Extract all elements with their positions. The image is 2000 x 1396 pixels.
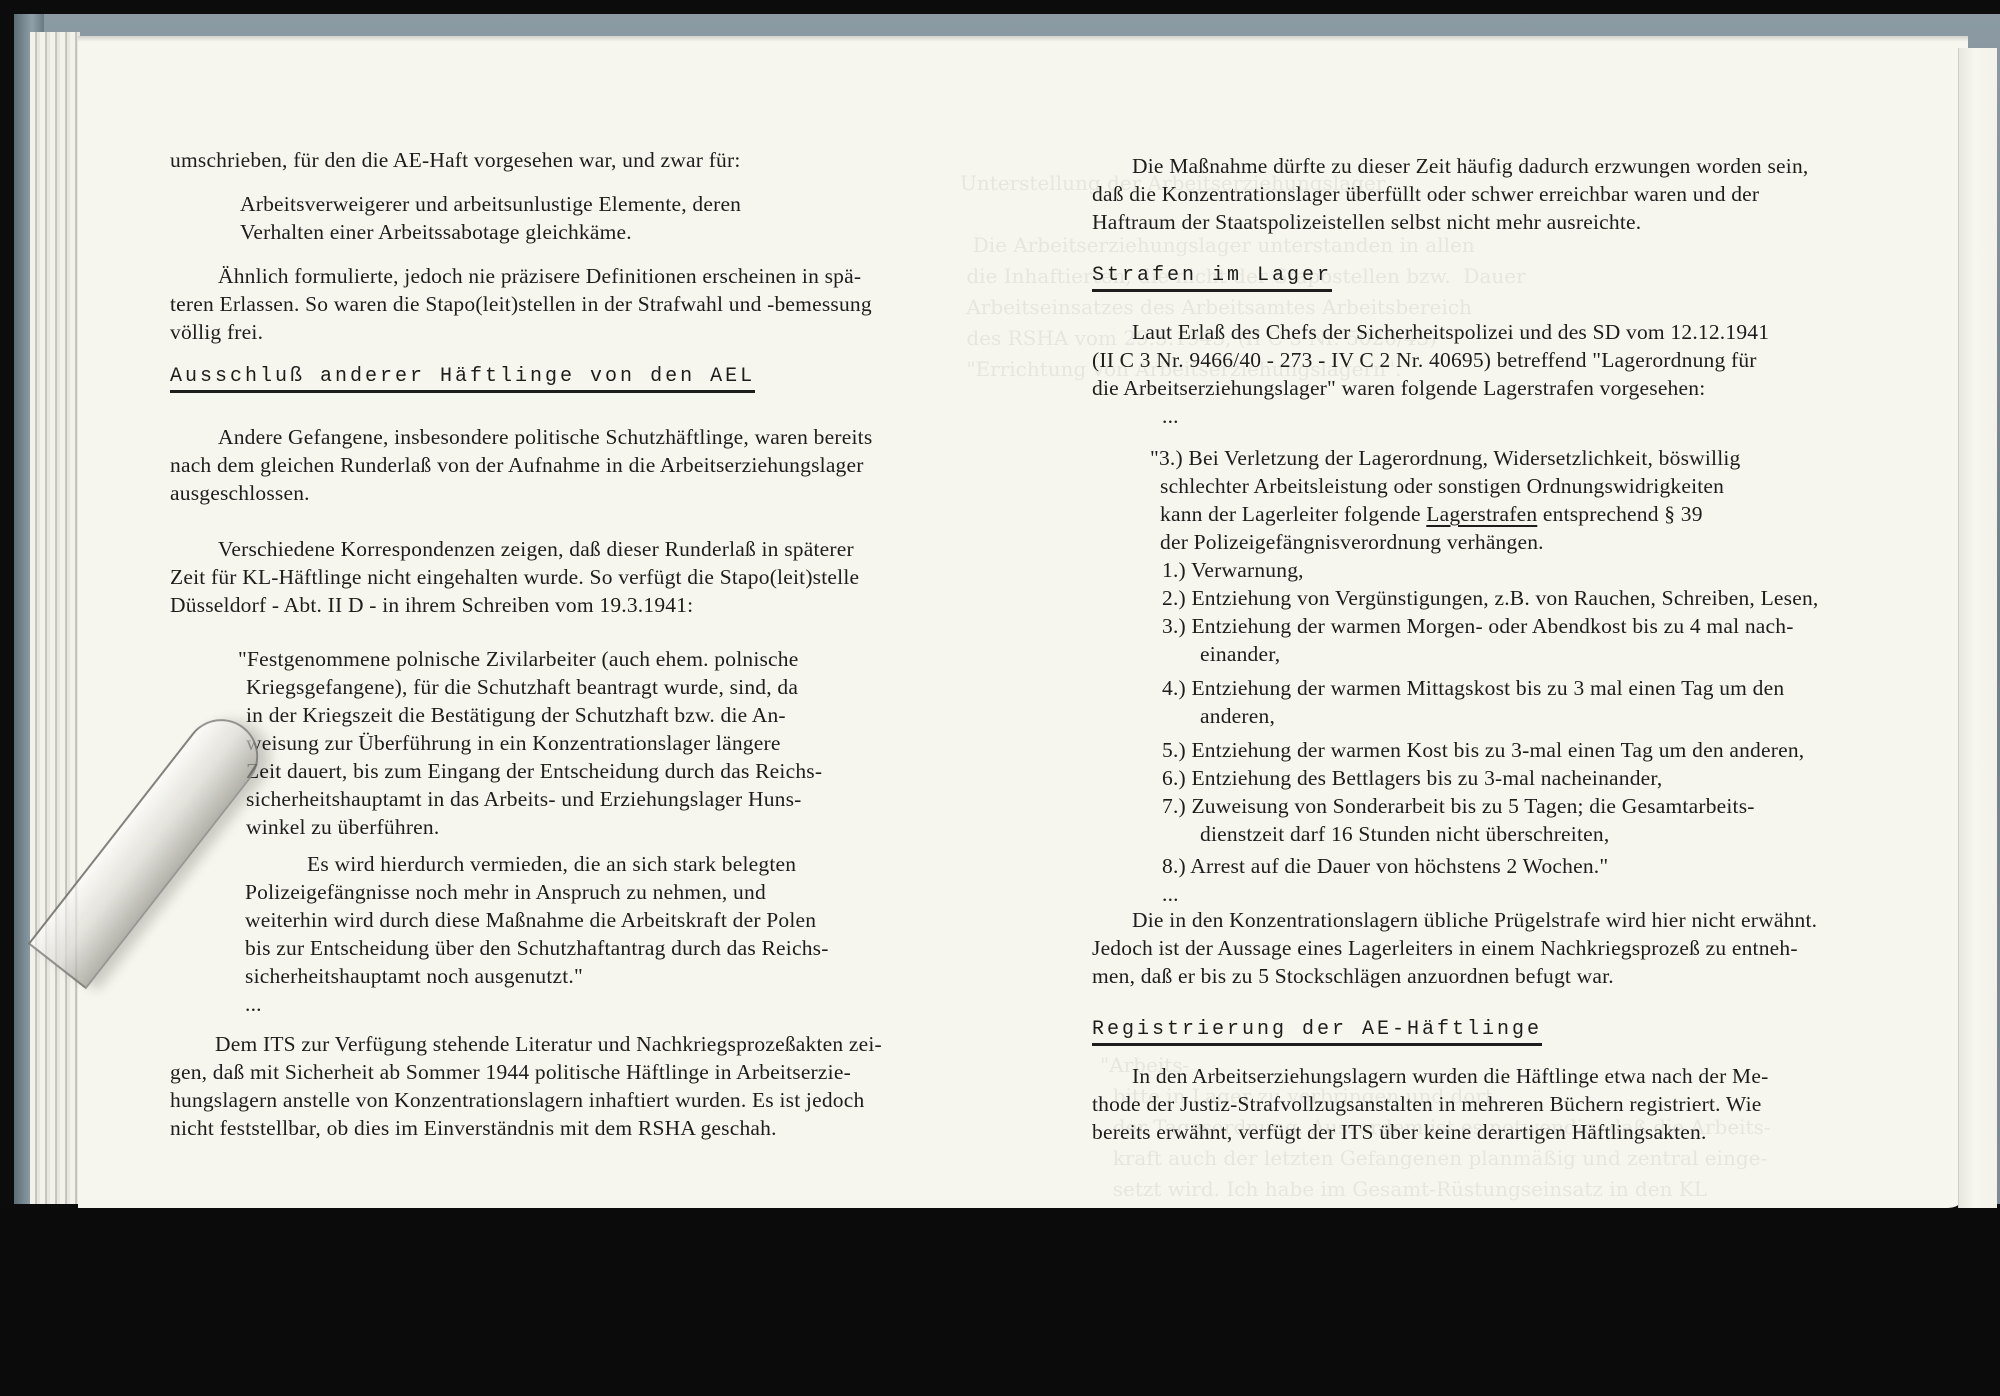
list-number: 1.) bbox=[1162, 558, 1186, 582]
text-line: nicht feststellbar, ob dies im Einverstä… bbox=[170, 1114, 882, 1142]
text-line: Andere Gefangene, insbesondere politisch… bbox=[170, 423, 872, 451]
right-page-intro: Die Maßnahme dürfte zu dieser Zeit häufi… bbox=[1092, 152, 1808, 236]
list-item: 4.) Entziehung der warmen Mittagskost bi… bbox=[1162, 674, 1819, 702]
text-line: Düsseldorf - Abt. II D - in ihrem Schrei… bbox=[170, 591, 859, 619]
page-stack-edge bbox=[30, 32, 80, 1204]
text-line: men, daß er bis zu 5 Stockschlägen anzuo… bbox=[1092, 962, 1817, 990]
text-line: daß die Konzentrationslager überfüllt od… bbox=[1092, 180, 1808, 208]
left-page-paragraph: Ähnlich formulierte, jedoch nie präziser… bbox=[170, 262, 872, 346]
left-page-paragraph: Verschiedene Korrespondenzen zeigen, daß… bbox=[170, 535, 859, 619]
text-line: kann der Lagerleiter folgende Lagerstraf… bbox=[1150, 500, 1741, 528]
text-line: Die Maßnahme dürfte zu dieser Zeit häufi… bbox=[1092, 152, 1808, 180]
text-line: völlig frei. bbox=[170, 318, 872, 346]
text-line: Verhalten einer Arbeitssabotage gleichkä… bbox=[240, 218, 741, 246]
text-line: Kriegsgefangene), für die Schutzhaft bea… bbox=[238, 673, 822, 701]
letter-quote-continued: Es wird hierdurch vermieden, die an sich… bbox=[245, 850, 829, 1018]
ellipsis: ... bbox=[245, 990, 829, 1018]
text-line: Polizeigefängnisse noch mehr in Anspruch… bbox=[245, 878, 829, 906]
text-line: Laut Erlaß des Chefs der Sicherheitspoli… bbox=[1092, 318, 1769, 346]
text-line: Zeit für KL-Häftlinge nicht eingehalten … bbox=[170, 563, 859, 591]
text-fragment: entsprechend § 39 bbox=[1537, 502, 1702, 526]
punishment-list: 1.) Verwarnung, 2.) Entziehung von Vergü… bbox=[1162, 556, 1819, 908]
list-number: 2.) bbox=[1162, 586, 1186, 610]
text-line: Arbeitsverweigerer und arbeitsunlustige … bbox=[240, 190, 741, 218]
text-line: thode der Justiz-Strafvollzugsanstalten … bbox=[1092, 1090, 1768, 1118]
ellipsis: ... bbox=[1092, 402, 1769, 430]
list-number: 5.) bbox=[1162, 738, 1186, 762]
book-photo: Unterstellung der Arbeitserziehungslager… bbox=[0, 0, 2000, 1396]
list-text: Entziehung der warmen Kost bis zu 3-mal … bbox=[1191, 738, 1804, 762]
text-line: Jedoch ist der Aussage eines Lagerleiter… bbox=[1092, 934, 1817, 962]
registration-paragraph: In den Arbeitserziehungslagern wurden di… bbox=[1092, 1062, 1768, 1146]
list-item: 8.) Arrest auf die Dauer von höchstens 2… bbox=[1162, 852, 1819, 880]
text-line: bereits erwähnt, verfügt der ITS über ke… bbox=[1092, 1118, 1768, 1146]
text-line: "3.) Bei Verletzung der Lagerordnung, Wi… bbox=[1150, 444, 1741, 472]
text-line: hungslagern anstelle von Konzentrationsl… bbox=[170, 1086, 882, 1114]
text-line: bis zur Entscheidung über den Schutzhaft… bbox=[245, 934, 829, 962]
list-item: 2.) Entziehung von Vergünstigungen, z.B.… bbox=[1162, 584, 1819, 612]
list-item: 6.) Entziehung des Bettlagers bis zu 3-m… bbox=[1162, 764, 1819, 792]
list-text: Entziehung der warmen Mittagskost bis zu… bbox=[1191, 676, 1784, 700]
text-line: Es wird hierdurch vermieden, die an sich… bbox=[245, 850, 829, 878]
list-text: Entziehung von Vergünstigungen, z.B. von… bbox=[1191, 586, 1818, 610]
left-page-paragraph: Andere Gefangene, insbesondere politisch… bbox=[170, 423, 872, 507]
section-heading-registrierung: Registrierung der AE-Häftlinge bbox=[1092, 1018, 1542, 1046]
list-text: Zuweisung von Sonderarbeit bis zu 5 Tage… bbox=[1191, 794, 1754, 818]
text-line: Ähnlich formulierte, jedoch nie präziser… bbox=[170, 262, 872, 290]
text-line: Die in den Konzentrationslagern übliche … bbox=[1092, 906, 1817, 934]
text-line: umschrieben, für den die AE-Haft vorgese… bbox=[170, 146, 741, 174]
flogging-paragraph: Die in den Konzentrationslagern übliche … bbox=[1092, 906, 1817, 990]
list-number: 4.) bbox=[1162, 676, 1186, 700]
text-line: sicherheitshauptamt in das Arbeits- und … bbox=[238, 785, 822, 813]
text-line: winkel zu überführen. bbox=[238, 813, 822, 841]
ellipsis: ... bbox=[1162, 880, 1819, 908]
background-surface bbox=[0, 1208, 2000, 1396]
text-line: weisung zur Überführung in ein Konzentra… bbox=[238, 729, 822, 757]
page-shadow bbox=[78, 36, 1968, 42]
letter-quote: "Festgenommene polnische Zivilarbeiter (… bbox=[238, 645, 822, 841]
text-line: Dem ITS zur Verfügung stehende Literatur… bbox=[170, 1030, 882, 1058]
text-line: Zeit dauert, bis zum Eingang der Entsche… bbox=[238, 757, 822, 785]
text-line: "Festgenommene polnische Zivilarbeiter (… bbox=[238, 645, 822, 673]
text-line: schlechter Arbeitsleistung oder sonstige… bbox=[1150, 472, 1741, 500]
text-line: In den Arbeitserziehungslagern wurden di… bbox=[1092, 1062, 1768, 1090]
camp-rules-quote: "3.) Bei Verletzung der Lagerordnung, Wi… bbox=[1150, 444, 1741, 556]
list-number: 8.) bbox=[1162, 854, 1186, 878]
text-line: sicherheitshauptamt noch ausgenutzt." bbox=[245, 962, 829, 990]
section-heading-ausschluss: Ausschluß anderer Häftlinge von den AEL bbox=[170, 365, 755, 393]
list-item: 5.) Entziehung der warmen Kost bis zu 3-… bbox=[1162, 736, 1819, 764]
text-line: Haftraum der Staatspolizeistellen selbst… bbox=[1092, 208, 1808, 236]
list-number: 3.) bbox=[1162, 614, 1186, 638]
list-number: 7.) bbox=[1162, 794, 1186, 818]
left-page-definition-quote: Arbeitsverweigerer und arbeitsunlustige … bbox=[240, 190, 741, 246]
text-line: weiterhin wird durch diese Maßnahme die … bbox=[245, 906, 829, 934]
list-text: Verwarnung, bbox=[1191, 558, 1304, 582]
list-text: anderen, bbox=[1162, 702, 1819, 730]
text-line: nach dem gleichen Runderlaß von der Aufn… bbox=[170, 451, 872, 479]
text-line: in der Kriegszeit die Bestätigung der Sc… bbox=[238, 701, 822, 729]
text-line: (II C 3 Nr. 9466/40 - 273 - IV C 2 Nr. 4… bbox=[1092, 346, 1769, 374]
list-text: Entziehung des Bettlagers bis zu 3-mal n… bbox=[1191, 766, 1662, 790]
underlined-term: Lagerstrafen bbox=[1426, 502, 1537, 526]
list-text: Arrest auf die Dauer von höchstens 2 Woc… bbox=[1190, 854, 1608, 878]
left-page-closing-paragraph: Dem ITS zur Verfügung stehende Literatur… bbox=[170, 1030, 882, 1142]
text-line: die Arbeitserziehungslager" waren folgen… bbox=[1092, 374, 1769, 402]
list-text: Entziehung der warmen Morgen- oder Abend… bbox=[1191, 614, 1793, 638]
list-item: 3.) Entziehung der warmen Morgen- oder A… bbox=[1162, 612, 1819, 640]
text-line: ausgeschlossen. bbox=[170, 479, 872, 507]
decree-paragraph: Laut Erlaß des Chefs der Sicherheitspoli… bbox=[1092, 318, 1769, 430]
list-item: 7.) Zuweisung von Sonderarbeit bis zu 5 … bbox=[1162, 792, 1819, 820]
right-page-edge bbox=[1958, 48, 1997, 1208]
list-text: einander, bbox=[1162, 640, 1819, 668]
list-number: 6.) bbox=[1162, 766, 1186, 790]
left-page-intro: umschrieben, für den die AE-Haft vorgese… bbox=[170, 146, 741, 174]
text-fragment: kann der Lagerleiter folgende bbox=[1160, 502, 1426, 526]
text-line: Verschiedene Korrespondenzen zeigen, daß… bbox=[170, 535, 859, 563]
text-line: gen, daß mit Sicherheit ab Sommer 1944 p… bbox=[170, 1058, 882, 1086]
list-item: 1.) Verwarnung, bbox=[1162, 556, 1819, 584]
text-line: der Polizeigefängnisverordnung verhängen… bbox=[1150, 528, 1741, 556]
text-line: teren Erlassen. So waren die Stapo(leit)… bbox=[170, 290, 872, 318]
section-heading-strafen: Strafen im Lager bbox=[1092, 264, 1332, 292]
list-text: dienstzeit darf 16 Stunden nicht übersch… bbox=[1162, 820, 1819, 848]
